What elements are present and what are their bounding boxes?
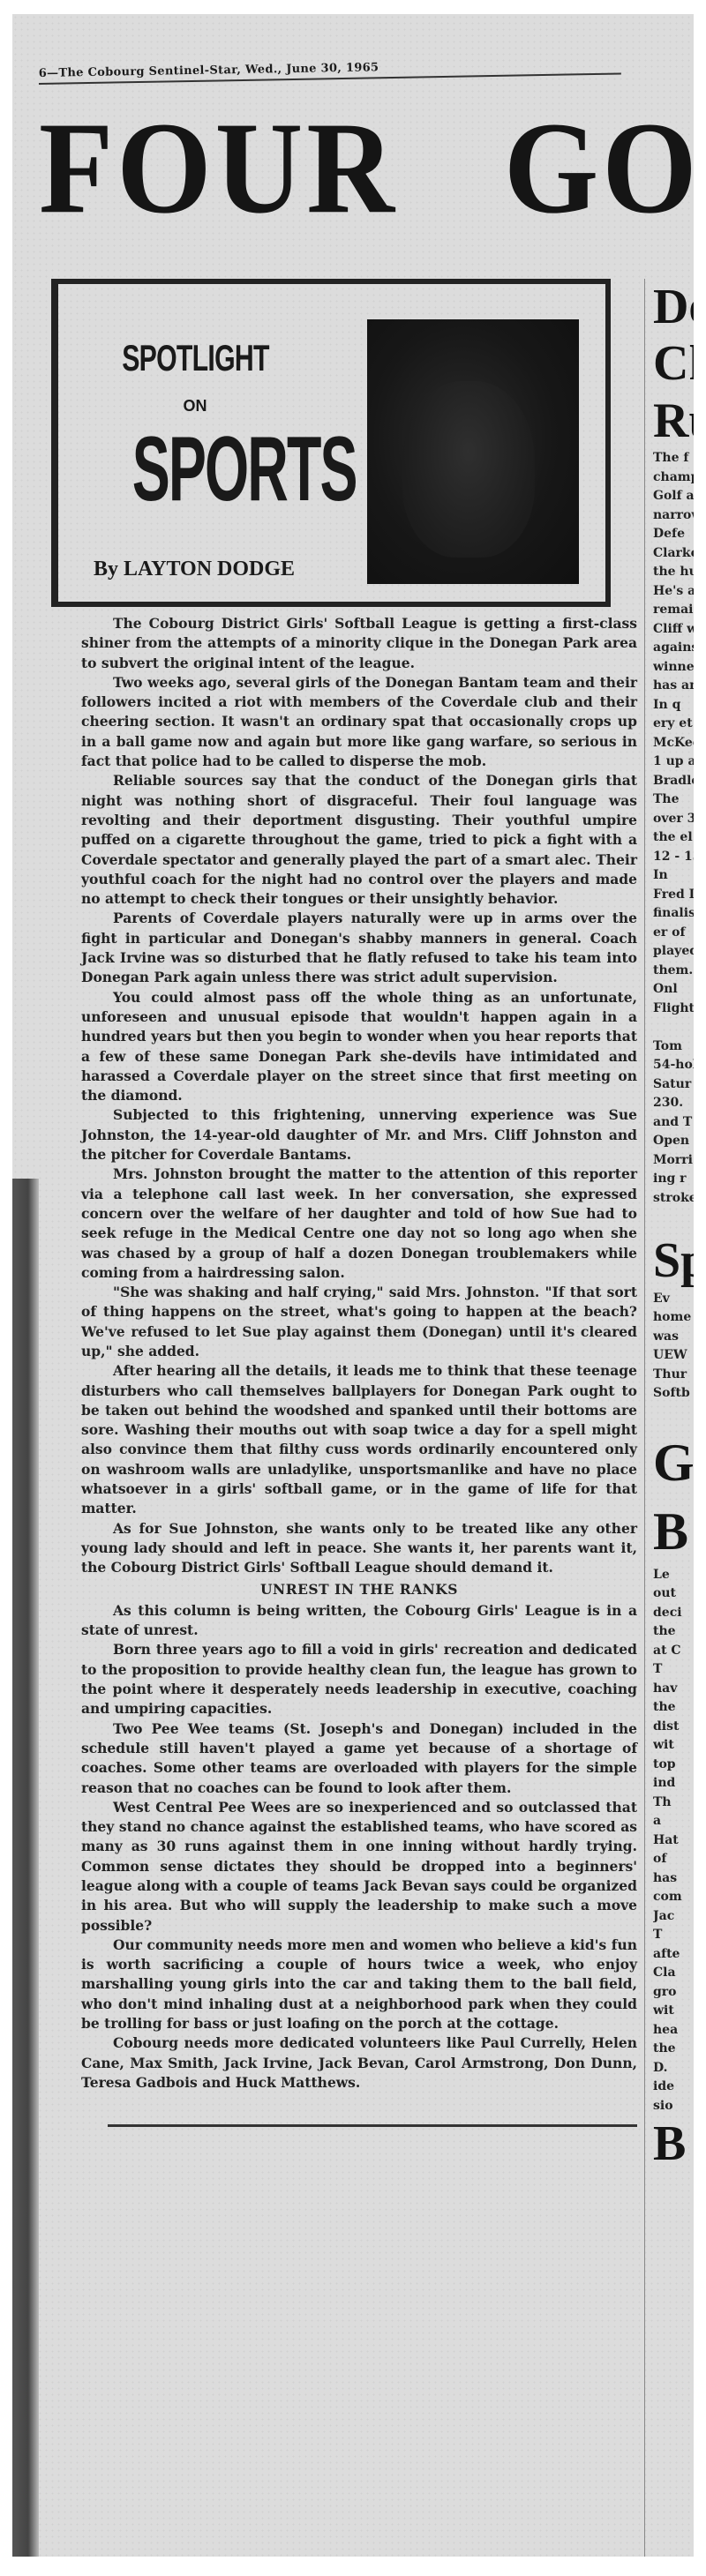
adjacent-headline-fragment: G — [653, 1428, 694, 1497]
adjacent-text-fragment: hea — [653, 2021, 694, 2041]
article-paragraph: After hearing all the details, it leads … — [81, 1361, 637, 1518]
article-paragraph: Our community needs more men and women w… — [81, 1936, 637, 2033]
adjacent-text-fragment: remain — [653, 601, 694, 620]
article-paragraph: Reliable sources say that the conduct of… — [81, 771, 637, 909]
adjacent-text-fragment: the — [653, 1622, 694, 1642]
adjacent-text-fragment: home — [653, 1308, 694, 1328]
adjacent-text-fragment: the hu — [653, 563, 694, 582]
adjacent-text-fragment: In — [653, 866, 694, 886]
article-subhead: UNREST IN THE RANKS — [81, 1580, 637, 1599]
adjacent-column: DeChRu The fchampioGolf asnarroweDefeCla… — [653, 279, 694, 2172]
adjacent-text-fragment: has an — [653, 677, 694, 696]
column-title-line-2: ON — [94, 397, 297, 416]
adjacent-text-fragment: Satur — [653, 1075, 694, 1095]
adjacent-text-fragment: 54-hol — [653, 1056, 694, 1075]
end-rule — [108, 2124, 637, 2127]
adjacent-text-fragment: Cla — [653, 1964, 694, 1983]
column-title: SPOTLIGHT ON SPORTS — [94, 337, 297, 513]
adjacent-text-fragment: Bradle — [653, 772, 694, 791]
adjacent-text-fragment: a — [653, 1812, 694, 1831]
columnist-photo — [367, 319, 579, 584]
article-paragraph: Mrs. Johnston brought the matter to the … — [81, 1164, 637, 1283]
adjacent-text-fragment: wit — [653, 1736, 694, 1756]
adjacent-headline-fragment: Ch — [653, 335, 694, 392]
article-paragraph: Born three years ago to fill a void in g… — [81, 1640, 637, 1719]
adjacent-text-fragment: Flight — [653, 1000, 694, 1019]
adjacent-text-fragment: 1 up a — [653, 753, 694, 772]
headline-word-1: FOUR — [39, 94, 398, 240]
adjacent-headline-fragment: De — [653, 279, 694, 335]
adjacent-text-fragment: McKee — [653, 734, 694, 753]
adjacent-subhead: Sp — [653, 1232, 694, 1289]
article-paragraph: Cobourg needs more dedicated volunteers … — [81, 2033, 637, 2093]
article-paragraph: The Cobourg District Girls' Softball Lea… — [81, 614, 637, 673]
adjacent-text-fragment: UEW — [653, 1346, 694, 1366]
adjacent-text-fragment: was — [653, 1328, 694, 1347]
adjacent-text-fragment: at C — [653, 1642, 694, 1661]
adjacent-text-fragment: Defe — [653, 525, 694, 544]
adjacent-text-fragment: finalis — [653, 904, 694, 924]
adjacent-text-fragment: ide — [653, 2078, 694, 2097]
adjacent-text-fragment: out — [653, 1584, 694, 1604]
adjacent-text-fragment: afte — [653, 1945, 694, 1965]
adjacent-text-fragment: T — [653, 1926, 694, 1945]
column-header-box: SPOTLIGHT ON SPORTS By LAYTON DODGE — [51, 279, 611, 607]
adjacent-text-fragment: ery et — [653, 715, 694, 734]
adjacent-text-fragment: Jac — [653, 1907, 694, 1927]
adjacent-text-fragment: Ev — [653, 1290, 694, 1309]
column-rule — [644, 279, 645, 2557]
article-paragraph: As this column is being written, the Cob… — [81, 1601, 637, 1641]
adjacent-text-fragment: stroke — [653, 1189, 694, 1209]
adjacent-text-fragment: D. — [653, 2059, 694, 2078]
adjacent-text-fragment: Thur — [653, 1366, 694, 1385]
adjacent-text-fragment: the — [653, 2040, 694, 2059]
adjacent-text-fragment: hav — [653, 1680, 694, 1699]
adjacent-text-fragment: Fred I — [653, 886, 694, 905]
article-paragraph: Two Pee Wee teams (St. Joseph's and Done… — [81, 1719, 637, 1798]
adjacent-text-fragment: them. — [653, 962, 694, 981]
adjacent-text-fragment: played — [653, 942, 694, 962]
adjacent-text-fragment: Cliff w — [653, 620, 694, 640]
article-paragraph: Subjected to this frightening, unnerving… — [81, 1105, 637, 1164]
adjacent-text-fragment: The — [653, 790, 694, 810]
adjacent-text-fragment: 230. — [653, 1094, 694, 1113]
dateline: 6—The Cobourg Sentinel-Star, Wed., June … — [39, 56, 621, 85]
adjacent-headline-fragment: Ru — [653, 393, 694, 449]
adjacent-text-fragment: deci — [653, 1604, 694, 1623]
binding-shadow — [12, 1179, 39, 2557]
adjacent-text-fragment: Open — [653, 1132, 694, 1151]
adjacent-text-fragment: Th — [653, 1793, 694, 1813]
adjacent-text-fragment: against — [653, 639, 694, 658]
adjacent-text-fragment: Golf as — [653, 487, 694, 506]
adjacent-text-fragment: Clarke — [653, 544, 694, 564]
adjacent-text-fragment: of — [653, 1850, 694, 1869]
adjacent-text-fragment: dist — [653, 1718, 694, 1737]
adjacent-text-fragment: Morri — [653, 1151, 694, 1171]
adjacent-text-fragment: the el — [653, 828, 694, 848]
adjacent-text-fragment: Softb — [653, 1384, 694, 1404]
article-paragraph: Two weeks ago, several girls of the Done… — [81, 673, 637, 771]
article-paragraph: West Central Pee Wees are so inexperienc… — [81, 1798, 637, 1936]
column-title-line-3: SPORTS — [132, 426, 259, 513]
adjacent-text-fragment: T — [653, 1660, 694, 1680]
page-headline: FOURGOL — [39, 102, 694, 234]
article-part-2: As this column is being written, the Cob… — [81, 1601, 637, 2093]
adjacent-text-fragment: and T — [653, 1113, 694, 1133]
adjacent-text-fragment: Le — [653, 1566, 694, 1585]
column-title-line-1: SPOTLIGHT — [122, 337, 268, 379]
adjacent-text-fragment: ing r — [653, 1170, 694, 1189]
adjacent-text-fragment: Onl — [653, 980, 694, 1000]
adjacent-text-fragment: Tom — [653, 1037, 694, 1057]
article-part-1: The Cobourg District Girls' Softball Lea… — [81, 614, 637, 1578]
article-body: The Cobourg District Girls' Softball Lea… — [81, 614, 637, 2127]
adjacent-text-fragment: He's al — [653, 582, 694, 602]
adjacent-text-fragment: has — [653, 1869, 694, 1889]
adjacent-subhead-2: B — [653, 2115, 694, 2172]
adjacent-text-fragment: com — [653, 1888, 694, 1907]
adjacent-text-fragment: the — [653, 1698, 694, 1718]
article-paragraph: As for Sue Johnston, she wants only to b… — [81, 1519, 637, 1578]
adjacent-headline-fragment: B — [653, 1497, 694, 1566]
adjacent-text-fragment: top — [653, 1756, 694, 1775]
byline: By LAYTON DODGE — [94, 558, 295, 581]
adjacent-text-fragment: 12 - 13 — [653, 848, 694, 867]
adjacent-text-fragment: champio — [653, 468, 694, 488]
adjacent-text-fragment: Hat — [653, 1831, 694, 1851]
adjacent-text-fragment: er of — [653, 924, 694, 943]
adjacent-text-fragment: wit — [653, 2002, 694, 2021]
article-paragraph: "She was shaking and half crying," said … — [81, 1283, 637, 1361]
article-paragraph: You could almost pass off the whole thin… — [81, 988, 637, 1106]
adjacent-text-fragment: ind — [653, 1774, 694, 1793]
article-paragraph: Parents of Coverdale players naturally w… — [81, 909, 637, 987]
adjacent-text-fragment: In q — [653, 696, 694, 715]
adjacent-text-fragment — [653, 1018, 694, 1037]
adjacent-text-fragment: over 3 — [653, 810, 694, 829]
adjacent-text-fragment: The f — [653, 449, 694, 468]
adjacent-text-fragment: winner, — [653, 658, 694, 678]
headline-word-2: GOL — [504, 94, 694, 240]
adjacent-text-fragment: narrowe — [653, 506, 694, 526]
adjacent-text-fragment: gro — [653, 1983, 694, 2003]
portrait-face — [402, 381, 535, 558]
adjacent-text-fragment: sio — [653, 2097, 694, 2116]
newspaper-page: 6—The Cobourg Sentinel-Star, Wed., June … — [12, 14, 694, 2557]
